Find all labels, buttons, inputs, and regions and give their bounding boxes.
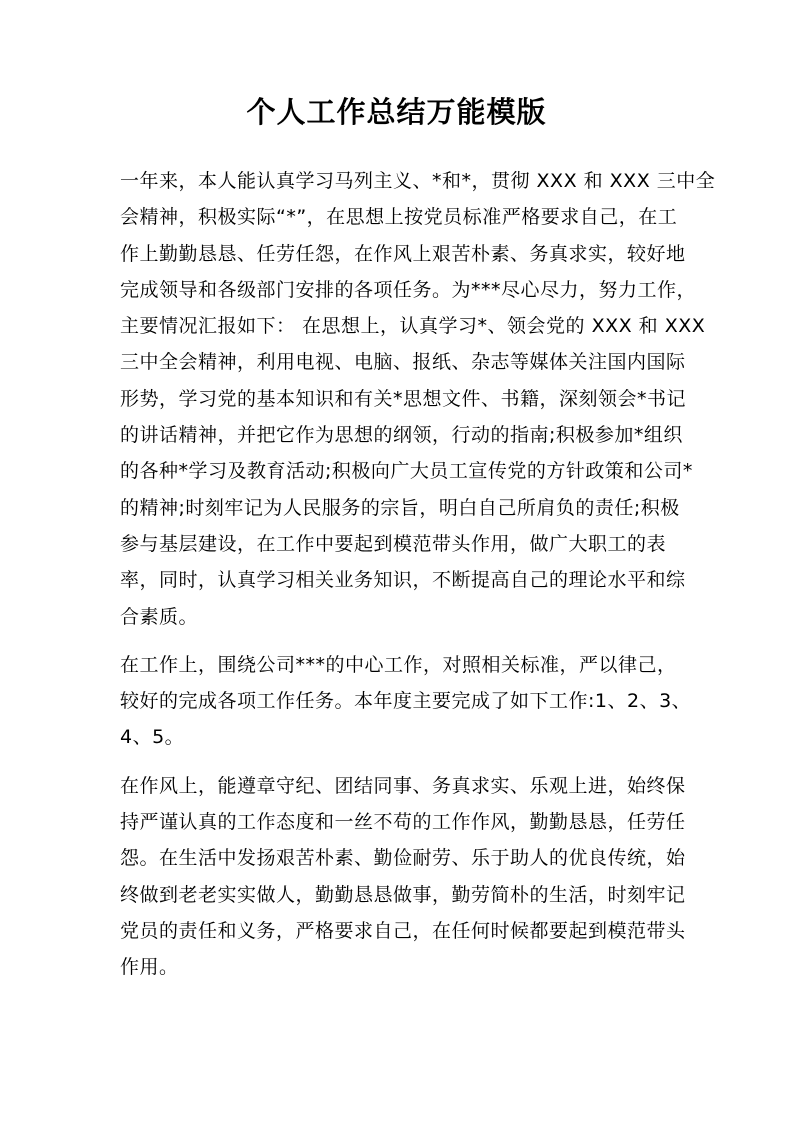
text-line: 形势，学习党的基本知识和有关*思想文件、书籍，深刻领会*书记 (120, 381, 676, 417)
text-line: 在作风上，能遵章守纪、团结同事、务真求实、乐观上进，始终保 (120, 768, 676, 804)
text-line: 主要情况汇报如下： 在思想上，认真学习*、领会党的 XXX 和 XXX (120, 308, 676, 344)
paragraph-work: 在工作上，围绕公司***的中心工作，对照相关标准，严以律己， 较好的完成各项工作… (120, 647, 676, 756)
paragraph-conduct: 在作风上，能遵章守纪、团结同事、务真求实、乐观上进，始终保 持严谨认真的工作态度… (120, 768, 676, 986)
document-title: 个人工作总结万能模版 (0, 92, 793, 132)
text-line: 4、5。 (120, 719, 676, 755)
text-line: 率，同时，认真学习相关业务知识，不断提高自己的理论水平和综 (120, 562, 676, 598)
paragraph-spacer (120, 756, 676, 768)
text-line: 三中全会精神，利用电视、电脑、报纸、杂志等媒体关注国内国际 (120, 344, 676, 380)
text-line: 怨。在生活中发扬艰苦朴素、勤俭耐劳、乐于助人的优良传统，始 (120, 840, 676, 876)
text-line: 终做到老老实实做人，勤勤恳恳做事，勤劳简朴的生活，时刻牢记 (120, 877, 676, 913)
text-line: 完成领导和各级部门安排的各项任务。为***尽心尽力，努力工作， (120, 272, 676, 308)
text-line: 较好的完成各项工作任务。本年度主要完成了如下工作:1、2、3、 (120, 683, 676, 719)
text-line: 作用。 (120, 949, 676, 985)
text-line: 的精神;时刻牢记为人民服务的宗旨，明白自己所肩负的责任;积极 (120, 490, 676, 526)
text-line: 一年来，本人能认真学习马列主义、*和*，贯彻 XXX 和 XXX 三中全 (120, 163, 676, 199)
paragraph-ideology: 一年来，本人能认真学习马列主义、*和*，贯彻 XXX 和 XXX 三中全 会精神… (120, 163, 676, 635)
paragraph-spacer (120, 635, 676, 647)
text-line: 会精神，积极实际“*”，在思想上按党员标准严格要求自己，在工 (120, 199, 676, 235)
text-line: 的讲话精神，并把它作为思想的纲领，行动的指南;积极参加*组织 (120, 417, 676, 453)
text-line: 的各种*学习及教育活动;积极向广大员工宣传党的方针政策和公司* (120, 453, 676, 489)
text-line: 作上勤勤恳恳、任劳任怨，在作风上艰苦朴素、务真求实，较好地 (120, 236, 676, 272)
document-page: 个人工作总结万能模版 一年来，本人能认真学习马列主义、*和*，贯彻 XXX 和 … (0, 0, 793, 1122)
text-line: 党员的责任和义务，严格要求自己，在任何时候都要起到模范带头 (120, 913, 676, 949)
text-line: 参与基层建设，在工作中要起到模范带头作用，做广大职工的表 (120, 526, 676, 562)
text-line: 在工作上，围绕公司***的中心工作，对照相关标准，严以律己， (120, 647, 676, 683)
text-line: 持严谨认真的工作态度和一丝不苟的工作作风，勤勤恳恳，任劳任 (120, 804, 676, 840)
document-body: 一年来，本人能认真学习马列主义、*和*，贯彻 XXX 和 XXX 三中全 会精神… (120, 163, 676, 986)
text-line: 合素质。 (120, 599, 676, 635)
